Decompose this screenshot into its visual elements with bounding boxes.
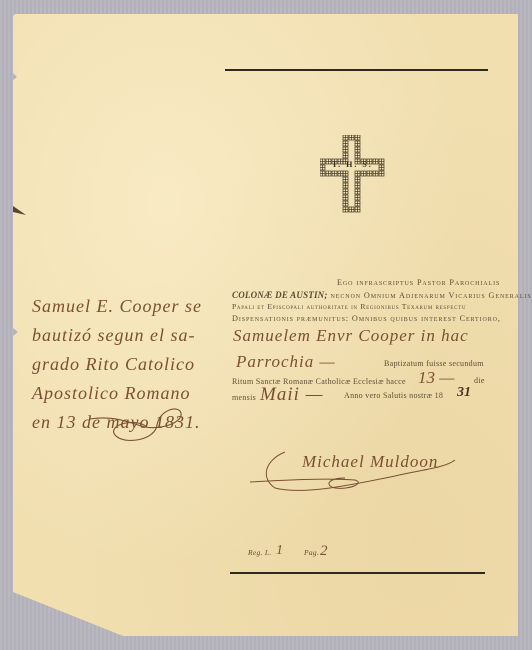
printed-mensis: mensis — [232, 393, 256, 402]
cross-ihs-icon — [320, 135, 390, 225]
bottom-rule — [230, 572, 485, 574]
printed-reg: Reg. L. — [248, 548, 272, 557]
printed-baptized: Baptizatum fuisse secundum — [384, 359, 484, 368]
paper-tear — [10, 205, 28, 217]
handwritten-reg: 1 — [276, 543, 283, 559]
top-rule — [225, 69, 488, 71]
handwritten-year: 31 — [457, 385, 471, 401]
printed-intro-line-3: Papali et Episcopali authoritate in Regi… — [232, 302, 466, 311]
printed-intro-line-4: Dispensationis præmunitus: Omnibus quibu… — [232, 314, 501, 323]
margin-note-line: bautizó segun el sa- — [32, 321, 232, 350]
printed-intro-line-2-rest: necnon Omnium Adjenarum Vicarius General… — [331, 291, 532, 300]
colony-name: COLONÆ DE AUSTIN; — [232, 290, 328, 300]
handwritten-day: 13 — — [418, 368, 454, 388]
handwritten-parish: Parrochia — — [236, 352, 336, 372]
margin-note-line: Samuel E. Cooper se — [32, 292, 232, 321]
margin-note-line: Apostolico Romano — [32, 379, 232, 408]
ihs-monogram: I. H. S. — [333, 160, 373, 169]
margin-flourish — [85, 405, 195, 450]
handwritten-baptized-name: Samuelem Envr Cooper in hac — [233, 326, 469, 346]
printed-die: die — [474, 376, 485, 385]
margin-note-line: grado Rito Catolico — [32, 350, 232, 379]
handwritten-month: Maii — — [260, 384, 324, 406]
printed-intro-line-2: COLONÆ DE AUSTIN; necnon Omnium Adjenaru… — [232, 290, 532, 300]
signature-flourish — [245, 450, 460, 495]
handwritten-pag: 2 — [320, 543, 328, 560]
printed-anno: Anno vero Salutis nostræ 18 — [344, 391, 443, 400]
printed-intro-line-1: Ego infrascriptus Pastor Parochialis — [337, 278, 500, 287]
printed-pag: Pag. — [304, 548, 319, 557]
